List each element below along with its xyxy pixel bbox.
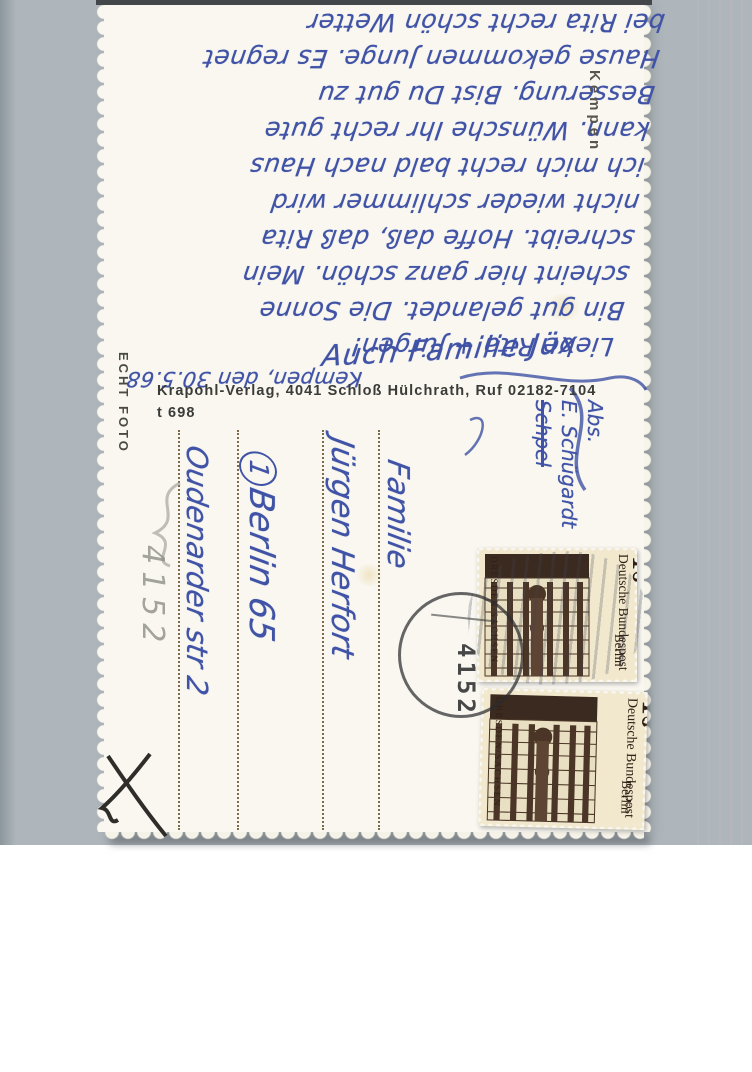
sender-name: E. Schügardt: [556, 400, 582, 565]
message-line: Besserung. Bist Du gut zu: [130, 76, 657, 112]
message-line: Bin gut gelandet. Die Sonne: [100, 292, 627, 328]
address-row: 1Berlin 65: [237, 430, 322, 830]
echt-foto-label: ECHT FOTO: [116, 352, 131, 462]
address-recipient-name: Jürgen Herfort: [324, 435, 360, 661]
message-line: ich mich recht bald nach Haus: [120, 148, 647, 184]
stamp-engraving-zwinger: Deutsche Bundespost 10 Berlin DRESDEN/SA…: [478, 688, 648, 830]
postal-zone-circled-1: 1: [239, 448, 277, 489]
message-line: scheint hier ganz schön. Mein: [105, 256, 632, 292]
publisher-line: Krapohl-Verlag, 4041 Schloß Hülchrath, R…: [157, 383, 596, 399]
scanner-left-edge-shade: [0, 0, 16, 845]
location-label-vertical: Kempen: [586, 70, 603, 220]
address-recipient-family: Familie: [380, 457, 415, 571]
sender-note-rotated: Abs. E. Schügardt Schpel: [486, 400, 608, 565]
message-line: nicht wieder schlimmer wird: [115, 184, 642, 220]
pencil-x-mark: [88, 748, 188, 843]
postage-stamp-2: Deutsche Bundespost 10 Berlin DRESDEN/SA…: [478, 688, 648, 830]
address-row: Jürgen Herfort: [322, 430, 378, 830]
postmark-circle: 4152: [398, 592, 524, 718]
message-line: Hause gekommen Junge. Es regnet: [135, 40, 662, 76]
message-line: kann. Wünsche Ihr recht gute: [125, 112, 652, 148]
message-line: bei Rita recht schön Wetter: [140, 4, 667, 40]
scanner-scanline-artifacts: [688, 0, 752, 845]
postmark-number: 4152: [417, 643, 515, 673]
pencil-squiggle: [140, 478, 190, 568]
pencil-dealer-code: 4152: [110, 545, 170, 705]
publisher-order-number: t 698: [157, 405, 196, 421]
postmark-bridge-line: [431, 614, 495, 623]
message-line: schreibt. Hoffe daß, daß Rita: [110, 220, 637, 256]
stamp-region-text: Berlin: [618, 780, 634, 814]
sender-abs-label: Abs.: [582, 400, 608, 565]
scanned-postcard-image: Kempen, den 30.5.68 Liebe Rita + Jürgen!…: [0, 0, 752, 1072]
deckled-edge-left: [90, 4, 104, 832]
address-city: 1Berlin 65: [239, 448, 281, 644]
sender-crossed-out-word: Schpel: [530, 400, 556, 565]
